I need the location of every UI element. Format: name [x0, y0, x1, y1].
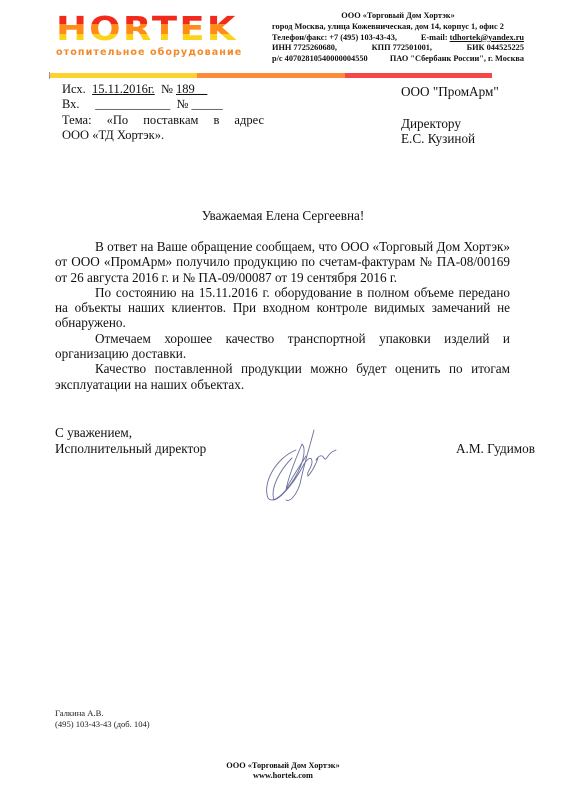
company-address: город Москва, улица Кожевническая, дом 1… — [272, 22, 524, 33]
email-link[interactable]: tdhortek@yandex.ru — [450, 33, 524, 42]
footer: ООО «Торговый Дом Хортэк» www.hortek.com — [0, 761, 566, 781]
account-text: р/с 40702810540000004550 — [272, 54, 368, 65]
outgoing-ref: Исх. 15.11.2016г. № 189__ — [62, 82, 264, 97]
addressee-position: Директору — [401, 116, 499, 132]
header-divider-stripe — [50, 73, 492, 78]
bik-text: БИК 044525225 — [467, 43, 524, 54]
reference-block: Исх. 15.11.2016г. № 189__ Вх. __________… — [62, 82, 264, 144]
addressee-block: ООО "ПромАрм" Директору Е.С. Кузиной — [401, 84, 499, 147]
paragraph: По состоянию на 15.11.2016 г. оборудован… — [55, 285, 510, 331]
addressee-company: ООО "ПромАрм" — [401, 84, 499, 100]
salutation: Уважаемая Елена Сергеевна! — [0, 208, 566, 224]
kpp-text: КПП 772501001, — [372, 43, 432, 54]
executor-name: Галкина А.В. — [55, 708, 150, 719]
logo-wordmark: HORTEK — [56, 14, 258, 44]
in-no: _____ — [192, 97, 223, 111]
out-label: Исх. — [62, 82, 86, 96]
company-codes: ИНН 7725260680, КПП 772501001, БИК 04452… — [272, 43, 524, 54]
stripe-tick — [49, 72, 50, 79]
inn-text: ИНН 7725260680, — [272, 43, 337, 54]
paragraph: Качество поставленной продукции можно бу… — [55, 361, 510, 392]
email-block: E-mail: tdhortek@yandex.ru — [421, 33, 524, 44]
phone-text: Телефон/факс: +7 (495) 103-43-43, — [272, 33, 397, 44]
paragraph: В ответ на Ваше обращение сообщаем, что … — [55, 239, 510, 285]
addressee-name: Е.С. Кузиной — [401, 131, 499, 147]
spacer — [401, 100, 499, 116]
footer-company: ООО «Торговый Дом Хортэк» — [0, 761, 566, 771]
out-no-label: № — [161, 82, 173, 96]
signer-title: Исполнительный директор — [55, 441, 206, 457]
signer-name: А.М. Гудимов — [456, 441, 535, 457]
closing-block: С уважением, Исполнительный директор — [55, 425, 206, 456]
company-contacts: Телефон/факс: +7 (495) 103-43-43, E-mail… — [272, 33, 524, 44]
letter-body: В ответ на Ваше обращение сообщаем, что … — [55, 239, 510, 392]
company-name: ООО «Торговый Дом Хортэк» — [272, 11, 524, 22]
logo-tagline: отопительное оборудование — [56, 47, 236, 58]
in-date: ____________ — [95, 97, 170, 111]
in-label: Вх. — [62, 97, 80, 111]
stripe-yellow — [50, 73, 197, 78]
stripe-orange — [197, 73, 344, 78]
company-bank: р/с 40702810540000004550 ПАО "Сбербанк Р… — [272, 54, 524, 65]
email-label: E-mail: — [421, 33, 448, 42]
incoming-ref: Вх. ____________ № _____ — [62, 97, 264, 112]
subject-line-1: Тема: «По поставкам в адрес — [62, 113, 264, 128]
executor-block: Галкина А.В. (495) 103-43-43 (доб. 104) — [55, 708, 150, 730]
paragraph: Отмечаем хорошее качество транспортной у… — [55, 331, 510, 362]
out-date: 15.11.2016г. — [92, 82, 155, 96]
executor-phone: (495) 103-43-43 (доб. 104) — [55, 719, 150, 730]
company-logo: HORTEK отопительное оборудование — [56, 14, 236, 58]
footer-website[interactable]: www.hortek.com — [0, 771, 566, 781]
company-details: ООО «Торговый Дом Хортэк» город Москва, … — [272, 11, 524, 65]
in-no-label: № — [176, 97, 188, 111]
subject-line-2: ООО «ТД Хортэк». — [62, 128, 264, 143]
out-no: 189__ — [176, 82, 207, 96]
closing-phrase: С уважением, — [55, 425, 206, 441]
stripe-red — [345, 73, 492, 78]
signature-image — [256, 428, 346, 506]
bank-text: ПАО "Сбербанк России", г. Москва — [390, 54, 524, 65]
address-text: город Москва, улица Кожевническая, дом 1… — [272, 22, 504, 33]
